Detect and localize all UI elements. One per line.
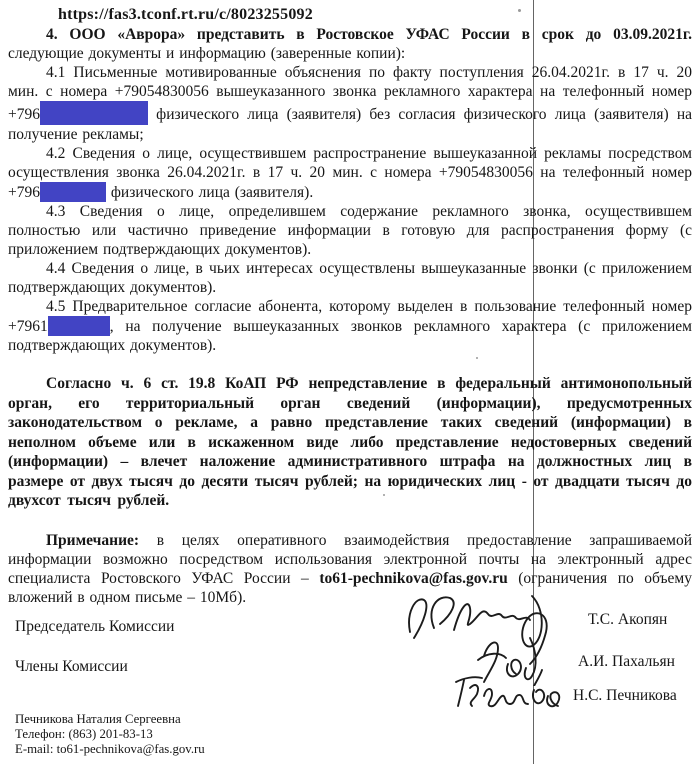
contact-name: Печникова Наталия Сергеевна: [15, 712, 205, 727]
paragraph-4-5: 4.5 Предварительное согласие абонента, к…: [8, 297, 692, 355]
redaction-box-phone-1: [40, 101, 148, 125]
redaction-box-phone-3: [48, 316, 110, 336]
scanned-document-page: https://fas3.tconf.rt.ru/c/8023255092 4.…: [0, 0, 700, 764]
document-url: https://fas3.tconf.rt.ru/c/8023255092: [58, 5, 692, 25]
redaction-box-phone-2: [40, 182, 106, 202]
paragraph-note: Примечание: в целях оперативного взаимод…: [8, 531, 692, 607]
paragraph-koap-warning: Согласно ч. 6 ст. 19.8 КоАП РФ непредста…: [8, 374, 692, 511]
signatory-name-pakhalyan: А.И. Пахальян: [578, 653, 675, 671]
members-label: Члены Комиссии: [15, 658, 128, 676]
paragraph-4-2: 4.2 Сведения о лице, осуществившем распр…: [8, 144, 692, 202]
signature-pechnikova: [450, 668, 565, 714]
paragraph-4-2-text-after: физического лица (заявителя).: [106, 184, 313, 201]
chairman-label: Председатель Комиссии: [15, 618, 174, 636]
paragraph-4-rest: следующие документы и информацию (завере…: [8, 45, 405, 62]
paragraph-4-4: 4.4 Сведения о лице, в чьих интересах ос…: [8, 259, 692, 297]
paragraph-4-3: 4.3 Сведения о лице, определившем содерж…: [8, 202, 692, 259]
document-body: https://fas3.tconf.rt.ru/c/8023255092 4.…: [8, 5, 692, 607]
contact-phone: Телефон: (863) 201-83-13: [15, 727, 205, 742]
paragraph-4-1: 4.1 Письменные мотивированные объяснения…: [8, 63, 692, 144]
note-email: to61-pechnikova@fas.gov.ru: [319, 570, 507, 587]
paragraph-4-5-text-after: , на получение вышеуказанных звонков рек…: [8, 318, 692, 354]
paragraph-4: 4. ООО «Аврора» представить в Ростовское…: [8, 25, 692, 63]
paragraph-4-lead: 4. ООО «Аврора» представить в Ростовское…: [46, 26, 692, 43]
contact-email: E-mail: to61-pechnikova@fas.gov.ru: [15, 742, 205, 757]
contact-block: Печникова Наталия Сергеевна Телефон: (86…: [15, 712, 205, 756]
signatory-name-pechnikova: Н.С. Печникова: [573, 687, 677, 705]
note-label: Примечание:: [46, 532, 139, 549]
signatory-name-akopyan: Т.С. Акопян: [588, 611, 667, 629]
